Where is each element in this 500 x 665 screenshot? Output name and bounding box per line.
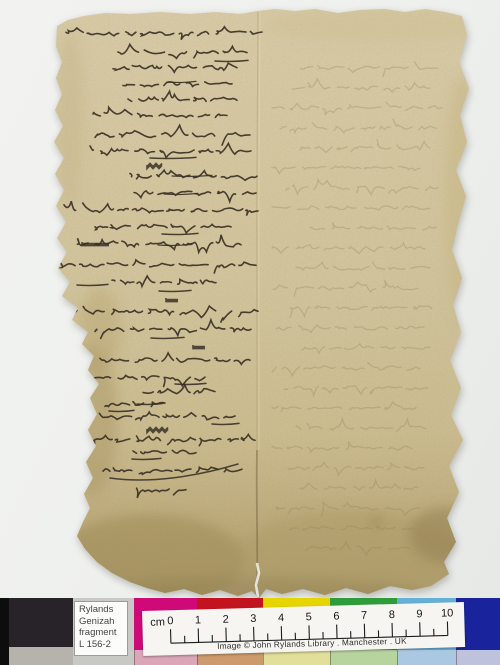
ruler: cm 012345678910 Image © John Rylands Lib…	[142, 602, 465, 656]
archive-label-line: fragment	[79, 627, 127, 639]
ruler-number: 0	[167, 615, 173, 627]
ruler-number: 1	[195, 614, 201, 626]
color-patch-lavender	[456, 650, 500, 665]
grayscale-black-strip	[0, 598, 9, 665]
ruler-number: 3	[250, 613, 256, 625]
archive-label-line: L 156-2	[79, 639, 127, 651]
archive-label-line: Rylands	[79, 604, 127, 616]
manuscript-fragment	[0, 0, 500, 665]
color-patch-pale-green	[330, 650, 397, 665]
ruler-number: 4	[278, 612, 284, 624]
archive-label: Rylands Genizah fragment L 156-2	[74, 601, 128, 656]
ruler-number: 9	[416, 608, 422, 620]
ruler-number: 6	[333, 610, 339, 622]
archive-label-line: Genizah	[79, 616, 127, 628]
ruler-number: 2	[222, 614, 228, 626]
grayscale-dark-patch	[9, 598, 73, 647]
ruler-number: 10	[441, 607, 454, 619]
color-patch-pale-blue	[397, 650, 456, 665]
ruler-number: 8	[389, 609, 395, 621]
ruler-number: 7	[361, 610, 367, 622]
digitized-manuscript-photo: Rylands Genizah fragment L 156-2 cm 0123…	[0, 0, 500, 665]
ruler-number: 5	[306, 611, 312, 623]
grayscale-gray-patch	[9, 647, 73, 665]
